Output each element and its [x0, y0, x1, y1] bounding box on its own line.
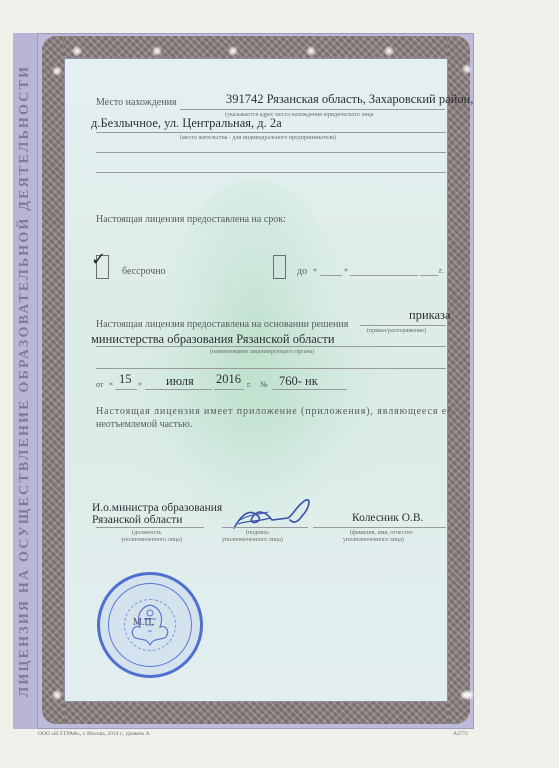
appendix-text-2: неотъемлемой частью. — [96, 419, 192, 430]
until-date-checkbox[interactable] — [273, 255, 286, 279]
date-quote-close: » — [138, 379, 142, 388]
signer-name: Колесник О.В. — [352, 512, 423, 524]
authority-line — [96, 346, 446, 347]
seal-placeholder-label: М.П. — [133, 617, 154, 628]
printer-info: ООО «Н.Т.ГРАФ», г. Москва, 2014 г., уров… — [38, 731, 150, 737]
side-title: ЛИЦЕНЗИЯ НА ОСУЩЕСТВЛЕНИЕ ОБРАЗОВАТЕЛЬНО… — [17, 65, 33, 697]
location-line-1 — [180, 109, 445, 110]
until-year-line — [420, 275, 438, 276]
location-label: Место нахождения — [96, 97, 177, 108]
term-heading: Настоящая лицензия предоставлена на срок… — [96, 214, 286, 225]
rosette-ornament-icon — [384, 46, 394, 56]
rosette-ornament-icon — [152, 46, 162, 56]
location-line-4 — [96, 172, 446, 173]
name-line — [313, 527, 446, 528]
until-quote-close: » — [344, 265, 348, 274]
location-line-3 — [96, 152, 446, 153]
location-hint-2: (место жительства - для индивидуального … — [180, 135, 336, 141]
signature-image — [228, 494, 318, 534]
serial-number: А2772 — [453, 731, 468, 737]
date-month: июля — [166, 374, 194, 389]
date-year-suffix: г. — [247, 380, 251, 389]
date-day: 15 — [119, 372, 132, 387]
license-document: ЛИЦЕНЗИЯ НА ОСУЩЕСТВЛЕНИЕ ОБРАЗОВАТЕЛЬНО… — [0, 0, 559, 768]
rosette-ornament-icon — [306, 46, 316, 56]
authority-line-2 — [96, 368, 446, 369]
rosette-ornament-icon — [462, 64, 472, 74]
signature-hint-1: (подпись — [246, 530, 269, 536]
authority-value: министерства образования Рязанской облас… — [91, 332, 335, 347]
signature-hint-2: уполномоченного лица) — [222, 537, 283, 543]
position-line — [96, 527, 204, 528]
until-day-line — [320, 275, 342, 276]
appendix-text-1: Настоящая лицензия имеет приложение (при… — [96, 406, 452, 417]
location-value-2: д.Безлычное, ул. Центральная, д. 2а — [91, 116, 282, 131]
indefinite-label: бессрочно — [122, 266, 166, 277]
signature-line — [222, 527, 308, 528]
location-value-1: 391742 Рязанская область, Захаровский ра… — [226, 92, 473, 107]
until-quote-open: « — [313, 265, 317, 274]
position-hint-1: (должность — [132, 530, 162, 536]
decision-type-value: приказа — [409, 308, 451, 323]
order-number-line — [272, 389, 347, 390]
until-month-line — [350, 275, 418, 276]
date-day-line — [115, 389, 137, 390]
authority-hint: (наименование лицензирующего органа) — [210, 349, 314, 355]
rosette-ornament-icon — [72, 46, 82, 56]
decision-type-line — [360, 325, 446, 326]
rosette-ornament-icon — [228, 46, 238, 56]
location-line-2 — [96, 132, 446, 133]
checkmark-icon: ✓ — [91, 249, 106, 270]
order-number: 760- нк — [279, 374, 318, 389]
date-prefix: от — [96, 380, 103, 389]
decision-type-hint: (приказ/распоряжение) — [367, 328, 426, 334]
rosette-ornament-icon — [52, 690, 62, 700]
basis-text: Настоящая лицензия предоставлена на осно… — [96, 319, 348, 330]
signer-position-1: И.о.министра образования — [92, 502, 222, 514]
until-prefix: до — [297, 266, 307, 277]
until-year-suffix: г. — [439, 266, 443, 275]
name-hint-2: уполномоченного лица) — [343, 537, 404, 543]
date-month-line — [145, 389, 212, 390]
position-hint-2: уполномоченного лица) — [121, 537, 182, 543]
signer-position-2: Рязанской области — [92, 514, 182, 526]
date-year: 2016 — [216, 372, 241, 387]
number-prefix: № — [260, 380, 268, 389]
name-hint-1: (фамилия, имя, отчество — [350, 530, 413, 536]
rosette-ornament-icon — [460, 690, 470, 700]
date-quote-open: « — [109, 379, 113, 388]
date-year-line — [214, 389, 244, 390]
rosette-ornament-icon — [52, 66, 62, 76]
